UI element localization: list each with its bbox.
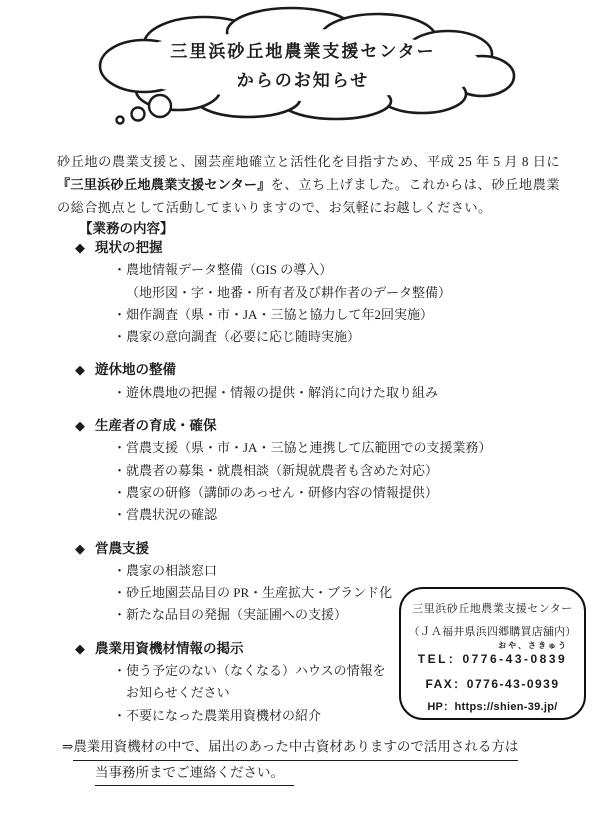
- business-header: 【業務の内容】: [79, 217, 174, 237]
- intro-paragraph: 砂丘地の農業支援と、園芸産地確立と活性化を目指すため、平成 25 年 5 月 8…: [57, 150, 560, 219]
- contact-center-name: 三里浜砂丘地農業支援センター: [401, 600, 584, 616]
- section-title: 農業用資機材情報の掲示: [95, 638, 244, 660]
- flyer-page: 三里浜砂丘地農業支援センター からのお知らせ 砂丘地の農業支援と、園芸産地確立と…: [0, 0, 611, 821]
- contact-fax: FAX：0776-43-0939: [401, 675, 584, 692]
- section-title: 遊休地の整備: [95, 359, 176, 381]
- center-name-bold: 『三里浜砂丘地農業支援センター』: [57, 177, 271, 192]
- contact-tel: TEL：0776-43-0839: [401, 650, 584, 667]
- list-item: ・営農状況の確認: [113, 504, 565, 526]
- list-item-continuation: （地形図・字・地番・所有者及び耕作者のデータ整備）: [126, 282, 565, 304]
- bubble-title: 三里浜砂丘地農業支援センター からのお知らせ: [84, 37, 522, 95]
- note-line2: 当事務所までご連絡ください。: [95, 761, 294, 787]
- list-item: ・農家の意向調査（必要に応じ随時実施）: [113, 326, 565, 348]
- section-title: 生産者の育成・確保: [95, 415, 217, 437]
- list-item: ・農地情報データ整備（GIS の導入）: [113, 259, 565, 281]
- section-idle-land: ◆ 遊休地の整備 ・遊休農地の把握・情報の提供・解消に向けた取り組み: [75, 359, 565, 404]
- section-title: 現状の把握: [95, 237, 163, 259]
- contact-box: 三里浜砂丘地農業支援センター （ＪＡ福井県浜四郷購買店舗内） おや、さきゅう T…: [399, 587, 586, 720]
- used-materials-note: ⇒ 農業用資機材の中で、届出のあった中古資材ありますので活用される方は 当事務所…: [62, 735, 572, 786]
- intro-text-before: 砂丘地の農業支援と、園芸産地確立と活性化を目指すため、平成 25 年 5 月 8…: [57, 154, 560, 169]
- list-item: ・農家の相談窓口: [113, 560, 565, 582]
- diamond-bullet-icon: ◆: [75, 638, 85, 660]
- section-current-status: ◆ 現状の把握 ・農地情報データ整備（GIS の導入） （地形図・字・地番・所有…: [75, 237, 565, 348]
- contact-homepage-url: HP：https://shien-39.jp/: [401, 698, 584, 714]
- contact-location: （ＪＡ福井県浜四郷購買店舗内）: [401, 623, 584, 639]
- bubble-title-line2: からのお知らせ: [84, 66, 522, 95]
- diamond-bullet-icon: ◆: [75, 538, 85, 560]
- diamond-bullet-icon: ◆: [75, 415, 85, 437]
- list-item: ・遊休農地の把握・情報の提供・解消に向けた取り組み: [113, 382, 565, 404]
- note-line1: 農業用資機材の中で、届出のあった中古資材ありますので活用される方は: [73, 735, 518, 761]
- list-item: ・畑作調査（県・市・JA・三協と協力して年2回実施）: [113, 304, 565, 326]
- list-item: ・営農支援（県・市・JA・三協と連携して広範囲での支援業務）: [113, 437, 565, 459]
- diamond-bullet-icon: ◆: [75, 237, 85, 259]
- section-title: 営農支援: [95, 538, 149, 560]
- right-arrow-icon: ⇒: [62, 735, 73, 761]
- list-item: ・就農者の募集・就農相談（新規就農者も含めた対応）: [113, 460, 565, 482]
- section-producer-development: ◆ 生産者の育成・確保 ・営農支援（県・市・JA・三協と連携して広範囲での支援業…: [75, 415, 565, 526]
- bubble-title-line1: 三里浜砂丘地農業支援センター: [84, 37, 522, 66]
- list-item: ・農家の研修（講師のあっせん・研修内容の情報提供）: [113, 482, 565, 504]
- thought-bubble: 三里浜砂丘地農業支援センター からのお知らせ: [84, 2, 522, 132]
- diamond-bullet-icon: ◆: [75, 359, 85, 381]
